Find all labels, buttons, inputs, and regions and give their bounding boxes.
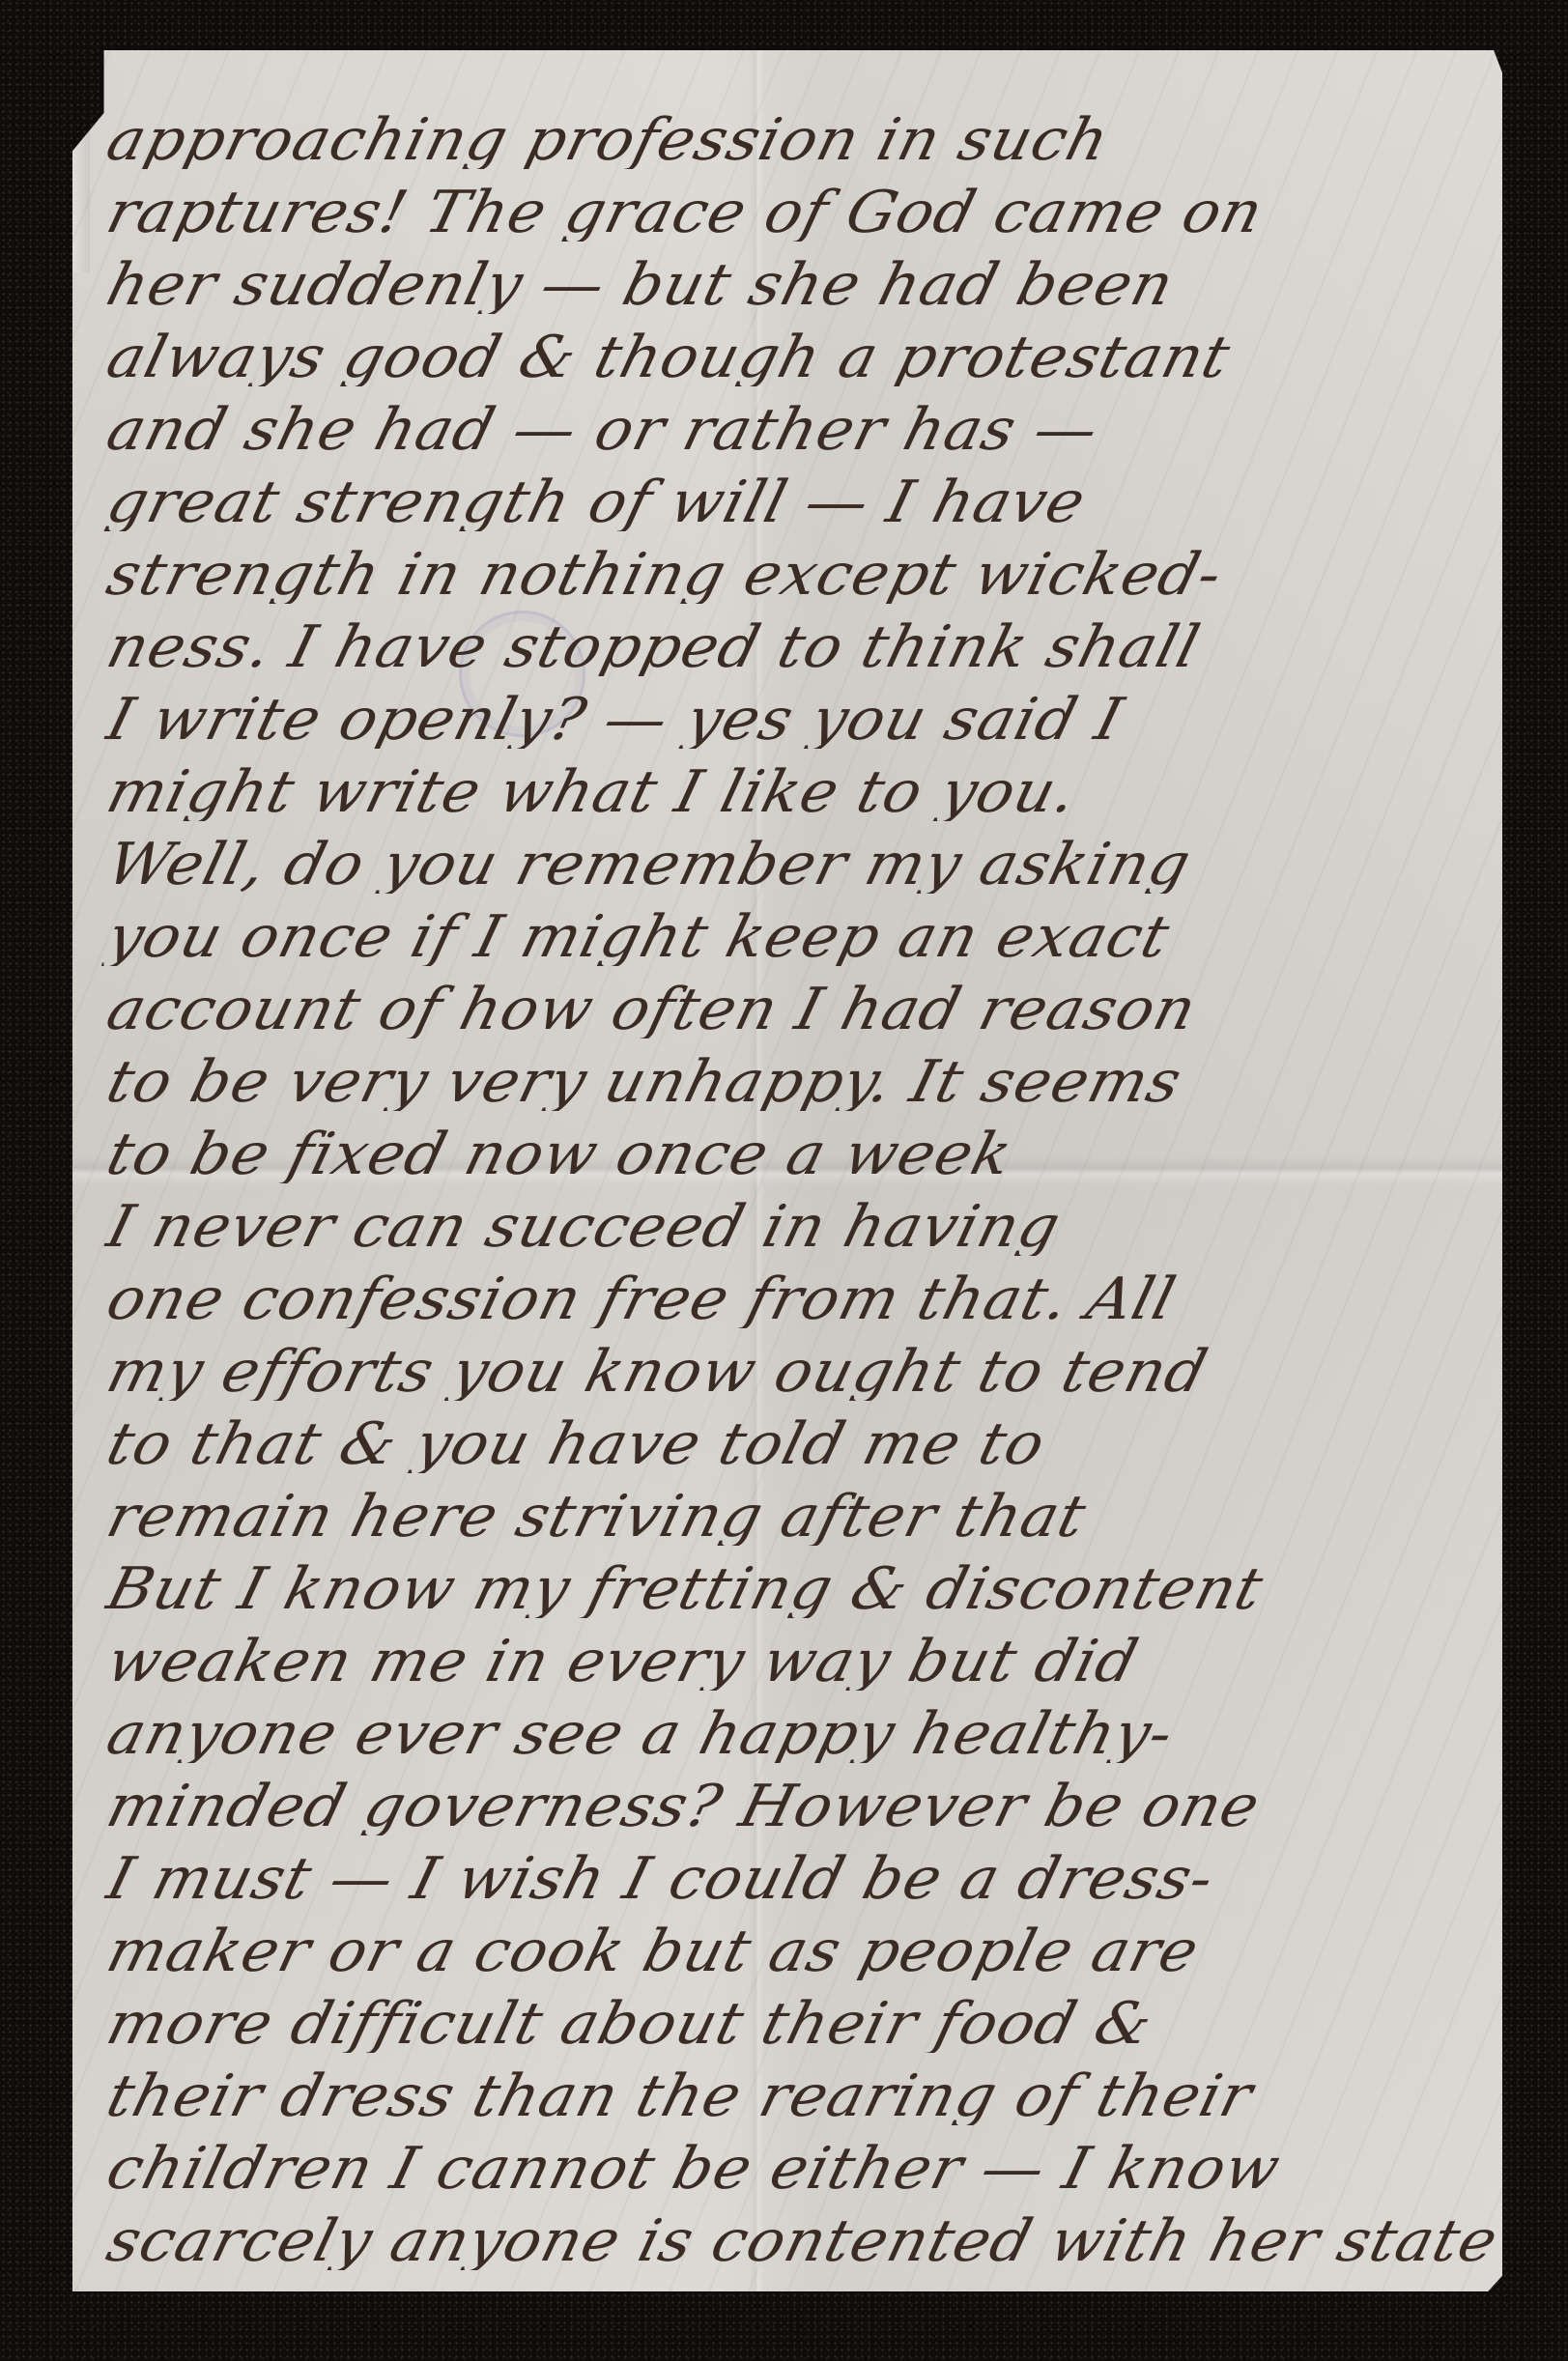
text-line: I write openly? — yes you said I [101,676,1511,749]
text-line: I never can succeed in having [101,1183,1511,1256]
text-line: minded governess? However be one [101,1763,1511,1835]
text-line: her suddenly — but she had been [101,242,1511,314]
handwritten-text: approaching profession in such raptures!… [101,97,1493,2270]
text-line: Well, do you remember my asking [101,821,1511,894]
text-line: strength in nothing except wicked- [101,531,1511,604]
text-line: raptures! The grace of God came on [101,169,1511,242]
text-line: remain here striving after that [101,1473,1511,1546]
text-line: always good & though a protestant [101,314,1511,386]
text-line: and she had — or rather has — [101,386,1511,459]
text-line: But I know my fretting & discontent [101,1546,1511,1618]
folded-corner [72,50,90,272]
text-line: their dress than the rearing of their [101,2053,1511,2125]
text-line: scarcely anyone is contented with her st… [101,2198,1511,2270]
text-line: account of how often I had reason [101,966,1511,1038]
document-viewer: approaching profession in such raptures!… [0,0,1568,2361]
text-line: my efforts you know ought to tend [101,1328,1511,1401]
text-line: to be fixed now once a week [101,1111,1511,1183]
text-line: children I cannot be either — I know [101,2125,1511,2198]
text-line: maker or a cook but as people are [101,1908,1511,1980]
text-line: anyone ever see a happy healthy- [101,1691,1511,1763]
text-line: great strength of will — I have [101,459,1511,531]
text-line: I must — I wish I could be a dress- [101,1835,1511,1908]
text-line: weaken me in every way but did [101,1618,1511,1691]
text-line: might write what I like to you. [101,749,1511,821]
text-line: more difficult about their food & [101,1980,1511,2053]
letter-page: approaching profession in such raptures!… [72,50,1502,2291]
text-line: to be very very unhappy. It seems [101,1038,1511,1111]
text-line: to that & you have told me to [101,1401,1511,1473]
text-line: you once if I might keep an exact [101,894,1511,966]
text-line: approaching profession in such [101,97,1511,169]
text-line: one confession free from that. All [101,1256,1511,1328]
text-line: ness. I have stopped to think shall [101,604,1511,676]
